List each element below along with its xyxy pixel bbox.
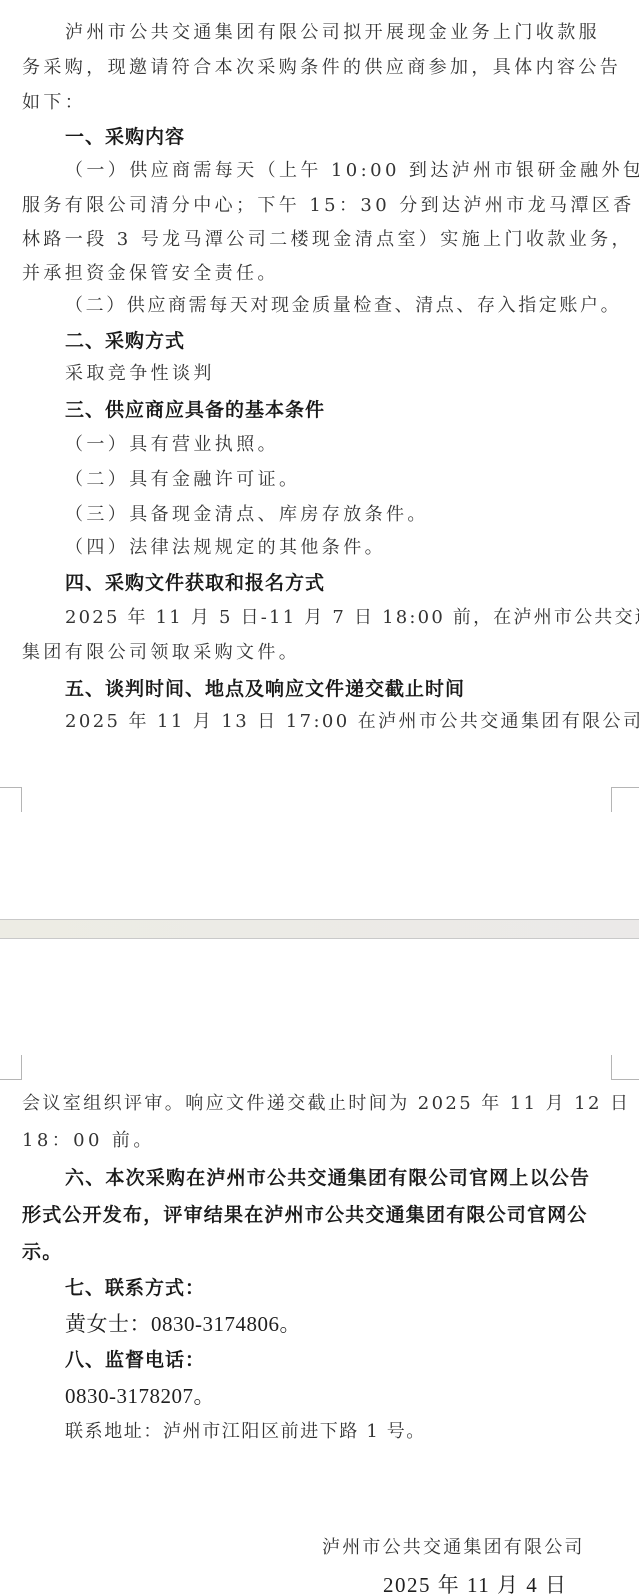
margin-mark-top-left-h [0,1079,22,1080]
section-4-text-line-2: 集团有限公司领取采购文件。 [22,641,300,665]
intro-line-1: 泸州市公共交通集团有限公司拟开展现金业务上门收款服 [65,21,600,45]
section-3-item-4: （四）法律法规规定的其他条件。 [65,536,386,560]
intro-line-3: 如下： [22,91,86,115]
section-3-item-1: （一）具有营业执照。 [65,433,279,457]
margin-mark-bottom-right-v [611,787,612,812]
section-6-line-3: 示。 [22,1240,62,1264]
section-1-item-1-line-2: 服务有限公司清分中心；下午 15：30 分到达泸州市龙马潭区香 [22,194,635,218]
contact-address: 联系地址：泸州市江阳区前进下路 1 号。 [65,1420,426,1444]
section-4-text-line-1: 2025 年 11 月 5 日-11 月 7 日 18:00 前，在泸州市公共交… [65,606,639,630]
section-1-item-1-line-3: 林路一段 3 号龙马潭公司二楼现金清点室）实施上门收款业务， [22,228,633,252]
signature-date: 2025 年 11 月 4 日 [383,1573,567,1594]
margin-mark-bottom-left-v [21,787,22,812]
section-7-heading: 七、联系方式： [65,1276,205,1300]
section-8-heading: 八、监督电话： [65,1348,205,1372]
section-3-item-3: （三）具备现金清点、库房存放条件。 [65,503,429,527]
margin-mark-top-right-v [611,1055,612,1080]
section-5-text-line-3: 18：00 前。 [22,1129,155,1153]
section-1-item-1-line-1: （一）供应商需每天（上午 10:00 到达泸州市银研金融外包 [65,159,639,183]
section-2-text: 采取竞争性谈判 [65,362,215,386]
supervision-phone: 0830-3178207。 [65,1384,215,1408]
margin-mark-bottom-left-h [0,787,22,788]
section-6-line-1: 六、本次采购在泸州市公共交通集团有限公司官网上以公告 [65,1166,590,1190]
section-5-text-line-2: 会议室组织评审。响应文件递交截止时间为 2025 年 11 月 12 日 [22,1092,630,1116]
page-separator [0,919,639,939]
margin-mark-top-left-v [21,1055,22,1080]
section-4-heading: 四、采购文件获取和报名方式 [65,571,325,595]
section-3-heading: 三、供应商应具备的基本条件 [65,398,325,422]
section-2-heading: 二、采购方式 [65,329,185,353]
section-3-item-2: （二）具有金融许可证。 [65,468,300,492]
contact-person-phone: 黄女士：0830-3174806。 [65,1312,301,1336]
section-6-line-2: 形式公开发布，评审结果在泸州市公共交通集团有限公司官网公 [22,1203,588,1227]
signature-company: 泸州市公共交通集团有限公司 [322,1536,585,1560]
section-1-item-2: （二）供应商需每天对现金质量检查、清点、存入指定账户。 [65,294,621,318]
margin-mark-top-right-h [611,1079,639,1080]
section-5-text-line-1: 2025 年 11 月 13 日 17:00 在泸州市公共交通集团有限公司 [65,710,639,734]
section-1-item-1-line-4: 并承担资金保管安全责任。 [22,262,279,286]
section-1-heading: 一、采购内容 [65,125,185,149]
margin-mark-bottom-right-h [611,787,639,788]
section-5-heading: 五、谈判时间、地点及响应文件递交截止时间 [65,677,465,701]
intro-line-2: 务采购，现邀请符合本次采购条件的供应商参加，具体内容公告 [22,56,621,80]
